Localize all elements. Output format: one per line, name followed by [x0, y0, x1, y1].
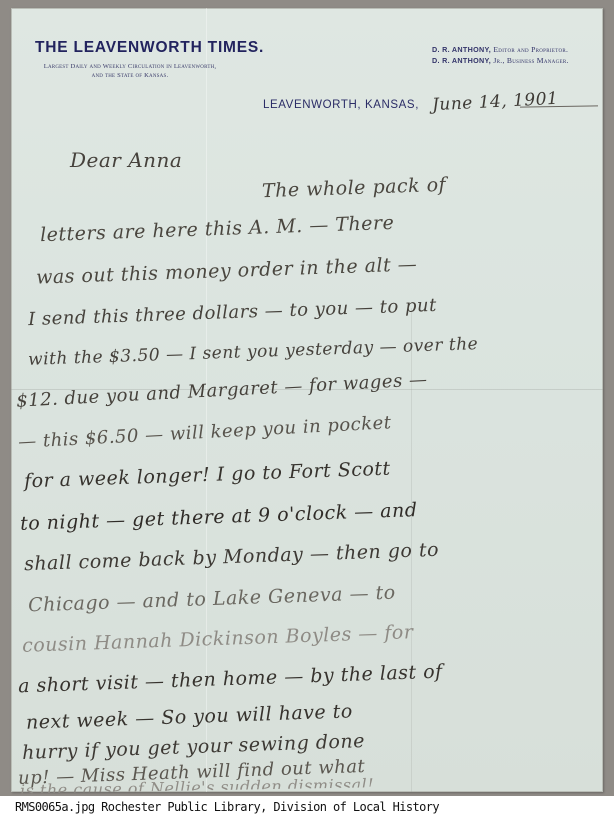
staff-name: D. R. ANTHONY,: [432, 56, 491, 65]
scanned-document-background: THE LEAVENWORTH TIMES. Largest Daily and…: [0, 0, 614, 796]
letterhead-staff-editor: D. R. ANTHONY, Editor and Proprietor.: [432, 45, 602, 54]
letterhead-subtitle-line2: and the State of Kansas.: [22, 72, 238, 79]
letterhead-place: LEAVENWORTH, KANSAS,: [263, 99, 419, 111]
staff-role: Editor and Proprietor.: [493, 45, 568, 54]
staff-role: Jr., Business Manager.: [493, 56, 568, 65]
letter-salutation: Dear Anna: [70, 148, 182, 172]
letterhead-staff-manager: D. R. ANTHONY, Jr., Business Manager.: [432, 56, 602, 65]
letterhead-subtitle-line1: Largest Daily and Weekly Circulation in …: [22, 63, 238, 70]
letterhead-title: THE LEAVENWORTH TIMES.: [35, 39, 264, 57]
staff-name: D. R. ANTHONY,: [432, 45, 491, 54]
image-caption: RMS0065a.jpg Rochester Public Library, D…: [15, 800, 439, 814]
